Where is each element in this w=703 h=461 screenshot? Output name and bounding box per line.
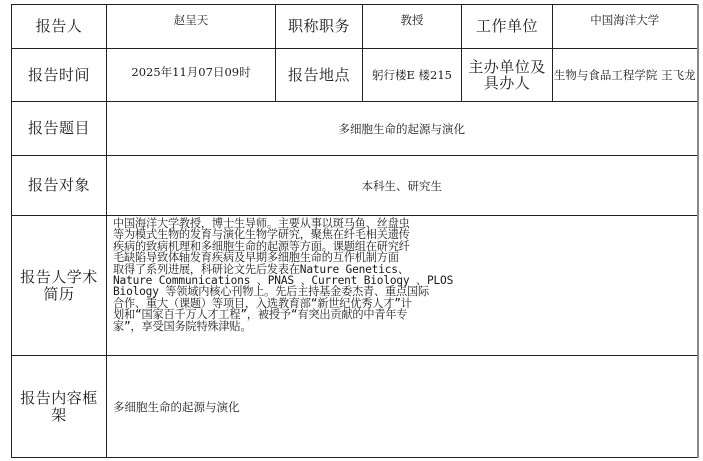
row-bio: 报告人学术简历 中国海洋大学教授，博士生导师。主要从事以斑马鱼、丝盘虫 等为模式… <box>12 216 698 356</box>
lecture-info-form: 报告人 赵呈天 职称职务 教授 工作单位 中国海洋大学 报告时间 2025年11… <box>11 4 699 458</box>
reporter-label: 报告人 <box>12 5 107 49</box>
bio-value: 中国海洋大学教授，博士生导师。主要从事以斑马鱼、丝盘虫 等为模式生物的发育与演化… <box>107 216 698 356</box>
framework-label: 报告内容框架 <box>12 356 107 458</box>
host-label: 主办单位及具办人 <box>462 49 553 102</box>
bio-line: 毛缺陷导致体轴发育疾病及早期多细胞生命的互作机制方面 <box>113 252 693 263</box>
host-value: 生物与食品工程学院 王飞龙 <box>553 49 698 102</box>
framework-value: 多细胞生命的起源与演化 <box>107 356 698 458</box>
job-title-value: 教授 <box>363 5 462 49</box>
row-framework: 报告内容框架 多细胞生命的起源与演化 <box>12 356 698 458</box>
row-topic: 报告题目 多细胞生命的起源与演化 <box>12 102 698 156</box>
bio-line: 家”，享受国务院特殊津贴。 <box>113 321 693 332</box>
job-title-label: 职称职务 <box>276 5 363 49</box>
bio-line: 划和“国家百千万人才工程”，被授予“有突出贡献的中青年专 <box>113 309 693 320</box>
time-label: 报告时间 <box>12 49 107 102</box>
workplace-value: 中国海洋大学 <box>553 5 698 49</box>
workplace-label: 工作单位 <box>462 5 553 49</box>
reporter-value: 赵呈天 <box>107 5 276 49</box>
time-value: 2025年11月07日09时 <box>107 49 276 102</box>
location-label: 报告地点 <box>276 49 363 102</box>
audience-label: 报告对象 <box>12 156 107 216</box>
row-audience: 报告对象 本科生、研究生 <box>12 156 698 216</box>
row-reporter: 报告人 赵呈天 职称职务 教授 工作单位 中国海洋大学 <box>12 5 698 49</box>
row-time-location: 报告时间 2025年11月07日09时 报告地点 躬行楼E 楼215 主办单位及… <box>12 49 698 102</box>
location-value: 躬行楼E 楼215 <box>363 49 462 102</box>
topic-label: 报告题目 <box>12 102 107 156</box>
bio-label: 报告人学术简历 <box>12 216 107 356</box>
topic-value: 多细胞生命的起源与演化 <box>107 102 698 156</box>
audience-value: 本科生、研究生 <box>107 156 698 216</box>
